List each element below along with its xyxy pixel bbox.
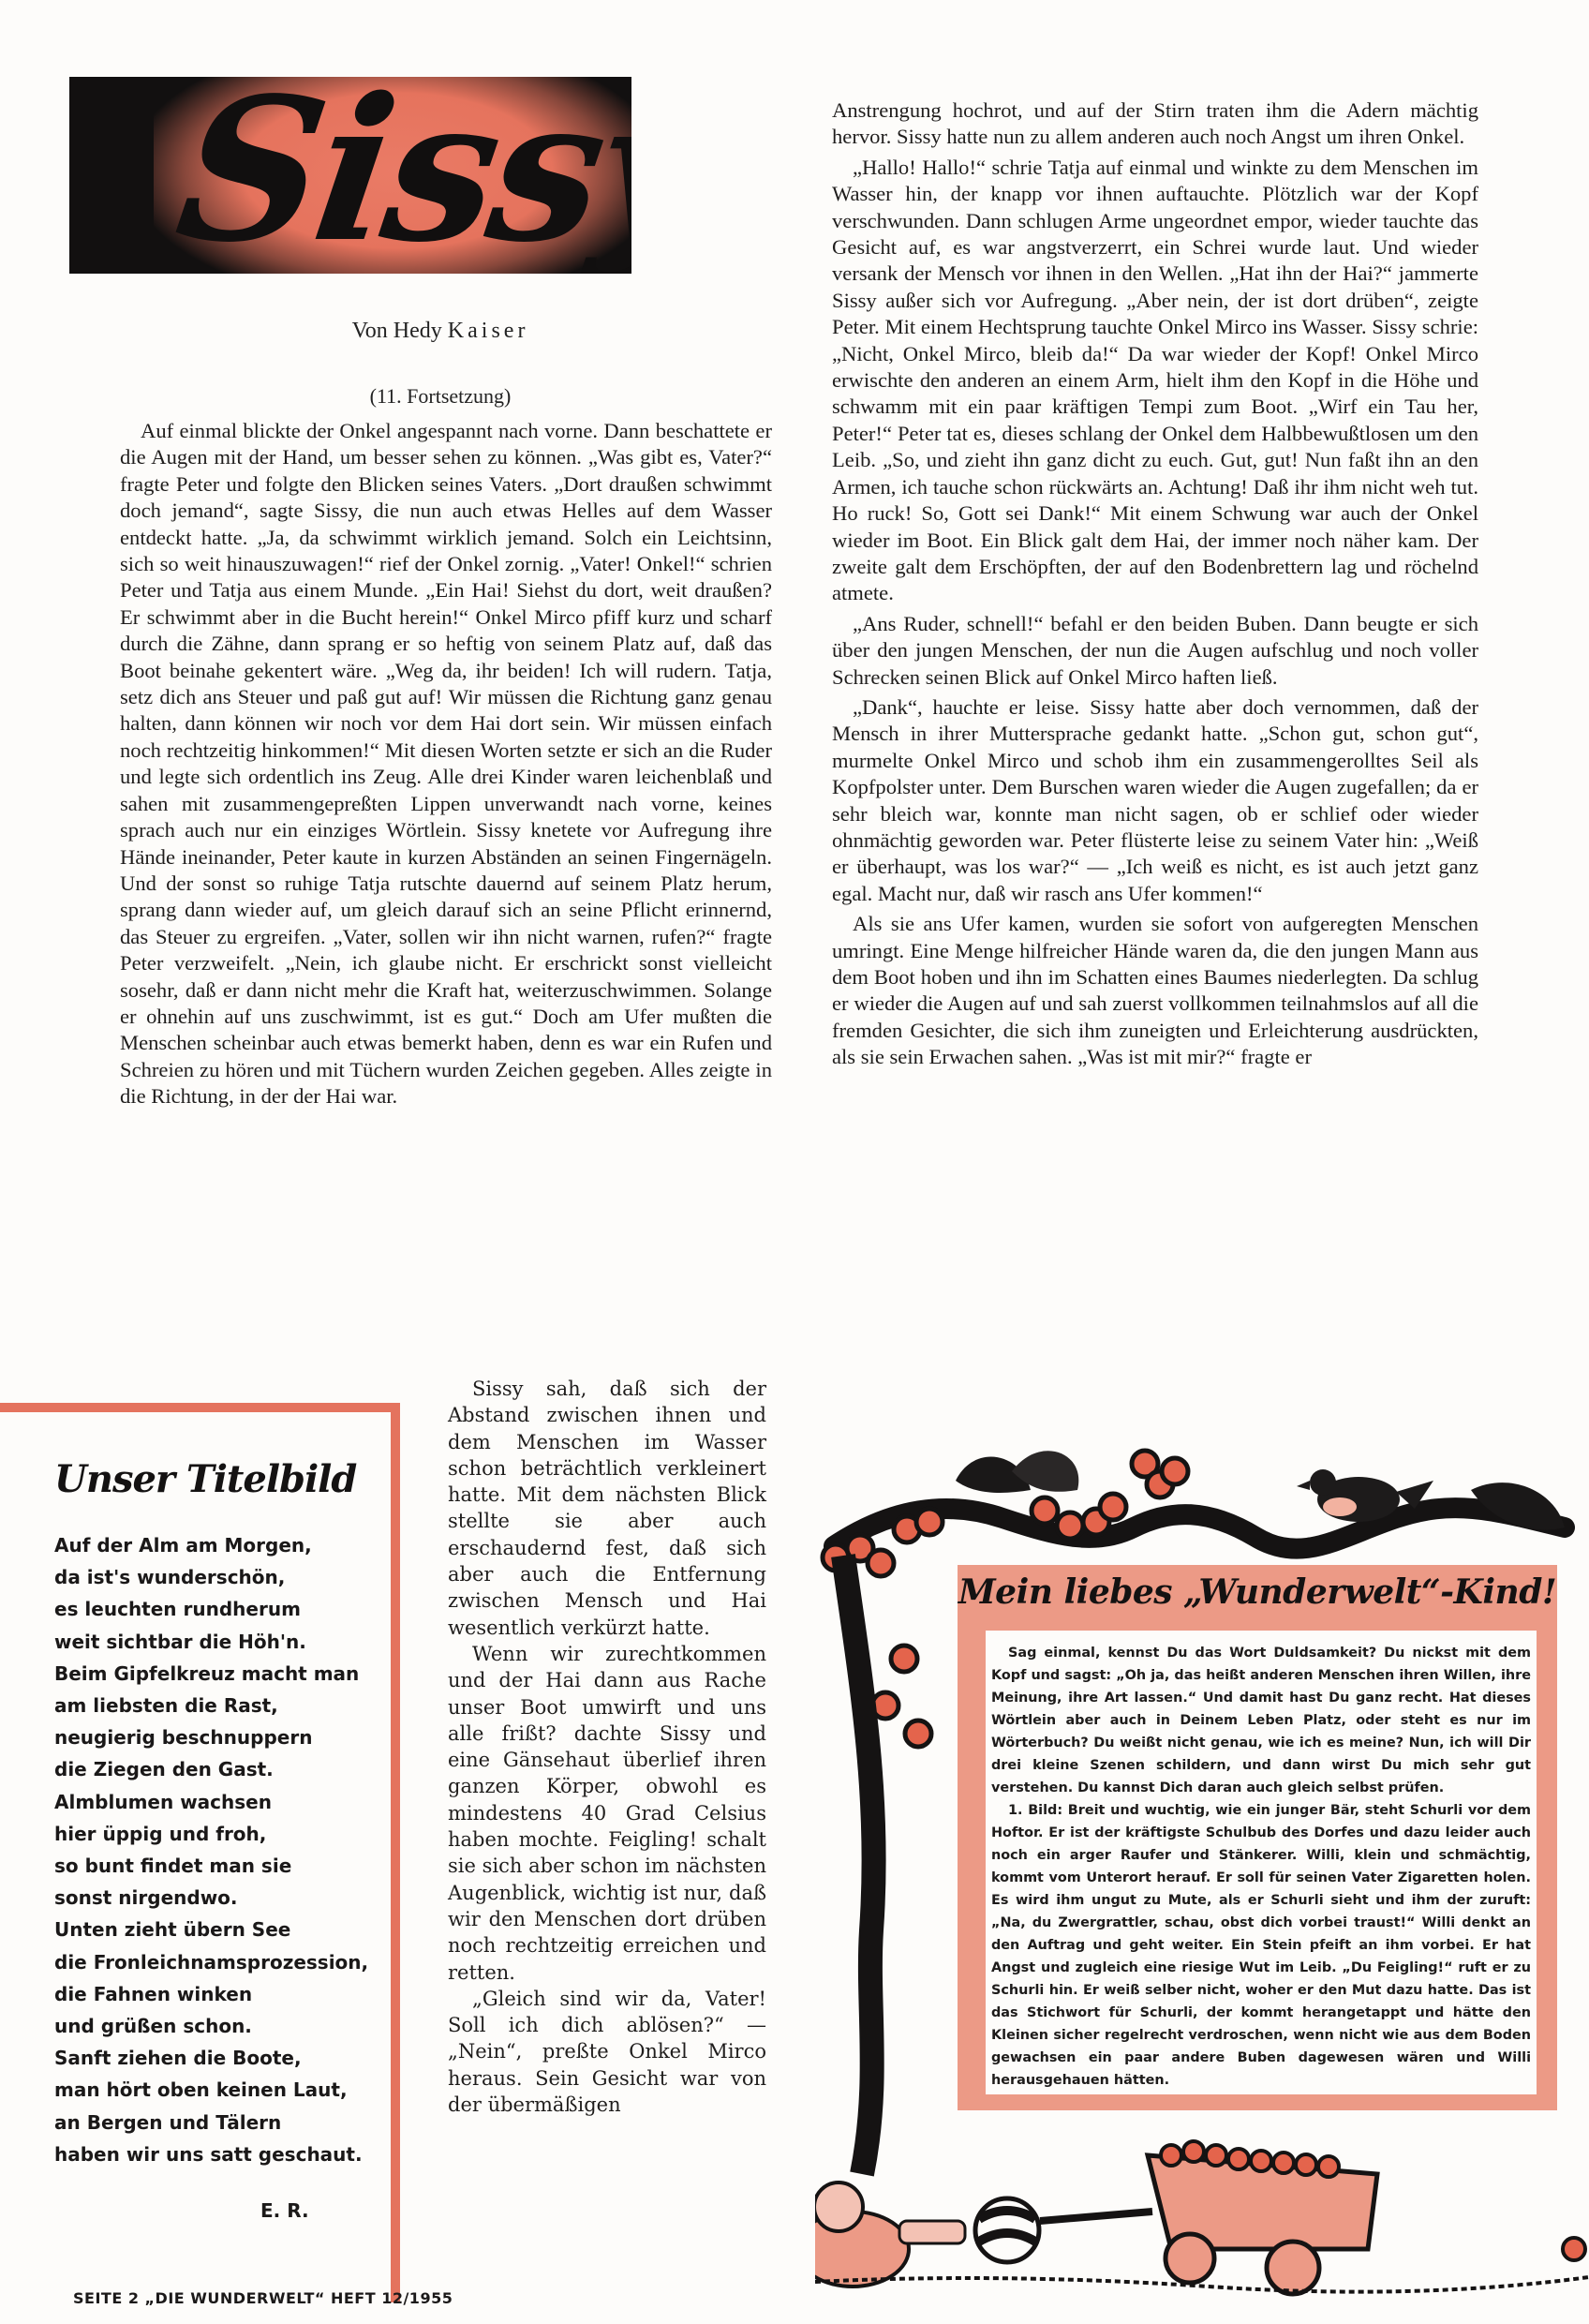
letter-body: Sag einmal, kennst Du das Wort Duldsamke…	[986, 1631, 1537, 2094]
poem-signature: E. R.	[260, 2199, 309, 2222]
letter-paragraph: Sag einmal, kennst Du das Wort Duldsamke…	[991, 1642, 1531, 1799]
story-paragraph: Wenn wir zurechtkom­men und der Hai dann…	[448, 1641, 766, 1986]
poem-line: da ist's wunderschön,	[54, 1561, 373, 1593]
tree-trunk-icon	[843, 1556, 874, 2174]
story-paragraph: Als sie ans Ufer kamen, wurden sie sofor…	[832, 911, 1478, 1070]
poem-line: Almblumen wachsen	[54, 1786, 373, 1818]
poem-line: hier üppig und froh,	[54, 1818, 373, 1850]
poem-line: Auf der Alm am Morgen,	[54, 1529, 373, 1561]
poem-line: haben wir uns satt geschaut.	[54, 2138, 373, 2170]
poem-line: am liebsten die Rast,	[54, 1690, 373, 1721]
poem-line: Beim Gipfelkreuz macht man	[54, 1658, 373, 1690]
poem-line: die Fronleichnamsprozession,	[54, 1946, 373, 1978]
poem-line: und grüßen schon.	[54, 2010, 373, 2042]
letter-box: Mein liebes „Wunderwelt“-Kind! Sag einma…	[958, 1565, 1557, 2110]
poem-box: Unser Titelbild Auf der Alm am Morgen, d…	[0, 1403, 400, 2302]
poem-line: sonst nirgendwo.	[54, 1882, 373, 1914]
story-paragraph: Sissy sah, daß sich der Abstand zwischen…	[448, 1376, 766, 1641]
story-paragraph: „Ans Ruder, schnell!“ befahl er den beid…	[832, 611, 1478, 691]
story-paragraph: Anstrengung hochrot, und auf der Stirn t…	[832, 97, 1478, 151]
poem-lines: Auf der Alm am Morgen, da ist's wundersc…	[54, 1529, 373, 2170]
letter-paragraph: Und Willi hatte doch recht mit dem Ruf: …	[991, 2092, 1531, 2094]
poem-line: es leuchten rundherum	[54, 1593, 373, 1625]
poem-line: neugierig beschnuppern	[54, 1721, 373, 1753]
installment-label: (11. Fortsetzung)	[94, 384, 787, 409]
poem-line: Unten zieht übern See	[54, 1914, 373, 1945]
cart-icon	[1040, 2141, 1585, 2294]
ball-icon	[975, 2198, 1039, 2262]
byline: Von Hedy Kaiser	[94, 319, 787, 344]
poem-line: die Fahnen winken	[54, 1978, 373, 2010]
letter-paragraph: 1. Bild: Breit und wuchtig, wie ein jung…	[991, 1799, 1531, 2092]
story-paragraph: „Hallo! Hallo!“ schrie Tatja auf einmal …	[832, 155, 1478, 607]
byline-prefix: Von Hedy	[352, 319, 442, 343]
byline-author-surname: Kaiser	[448, 319, 529, 343]
story-title-banner: Sissy	[69, 77, 631, 274]
poem-line: weit sichtbar die Höh'n.	[54, 1626, 373, 1658]
story-title: Sissy	[166, 77, 631, 274]
cherry-branch-icon	[834, 1451, 1565, 1548]
poem-line: Sanft ziehen die Boote,	[54, 2042, 373, 2074]
page-footer: SEITE 2 „DIE WUNDERWELT“ HEFT 12/1955	[73, 2289, 453, 2307]
child-icon	[815, 2182, 965, 2287]
poem-line: so bunt findet man sie	[54, 1850, 373, 1882]
poem-line: an Bergen und Tälern	[54, 2107, 373, 2138]
poem-title: Unser Titelbild	[54, 1457, 356, 1501]
story-paragraph: Auf einmal blickte der Onkel angespannt …	[120, 418, 772, 1110]
story-paragraph: „Dank“, hauchte er leise. Sissy hatte ab…	[832, 694, 1478, 907]
story-paragraph: „Gleich sind wir da, Va­ter! Soll ich di…	[448, 1986, 766, 2118]
story-column-left: Auf einmal blickte der Onkel angespannt …	[120, 418, 772, 1110]
story-column-middle: Sissy sah, daß sich der Abstand zwischen…	[448, 1376, 766, 2118]
story-column-right: Anstrengung hochrot, und auf der Stirn t…	[832, 97, 1478, 1071]
poem-line: die Ziegen den Gast.	[54, 1753, 373, 1785]
poem-line: man hört oben keinen Laut,	[54, 2074, 373, 2106]
letter-title: Mein liebes „Wunderwelt“-Kind!	[958, 1572, 1557, 1612]
